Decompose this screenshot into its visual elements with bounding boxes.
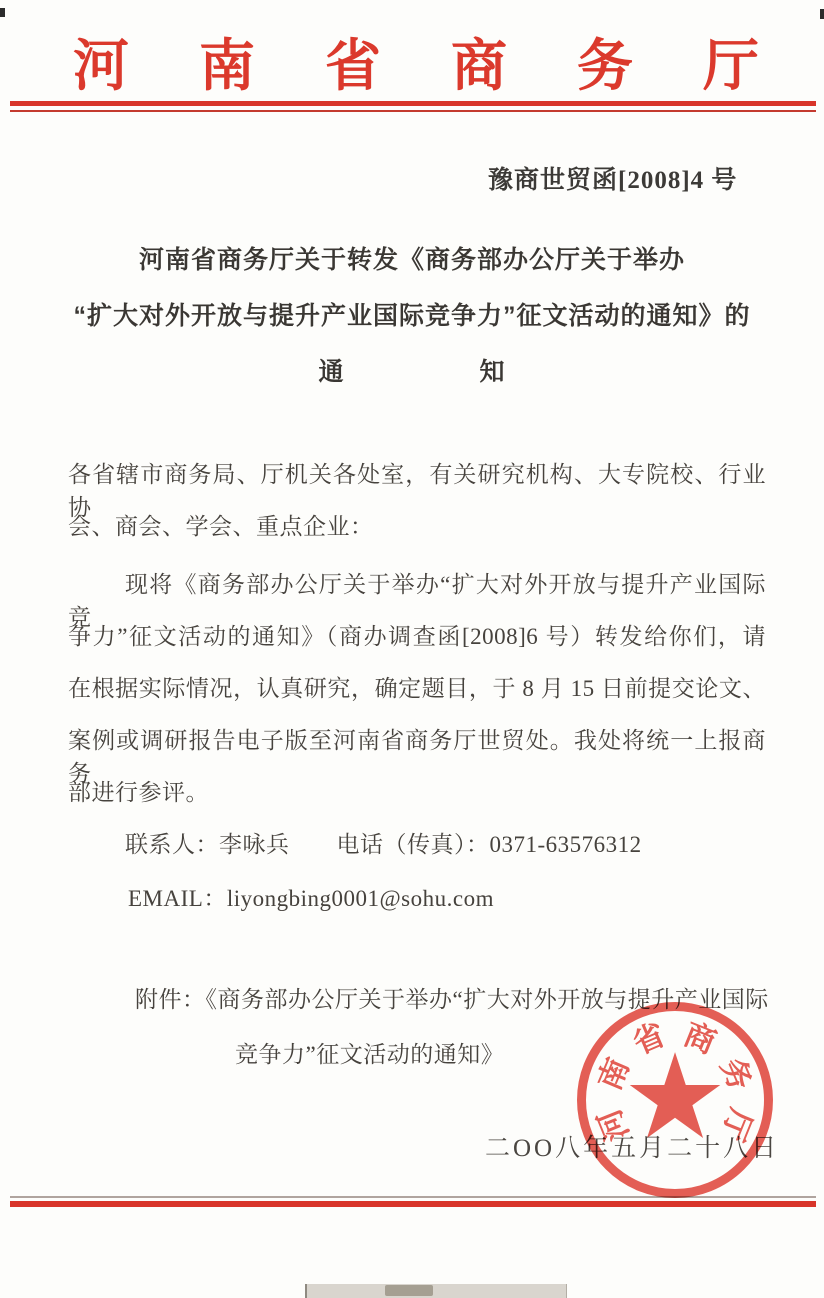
salutation-line-2: 会、商会、学会、重点企业： bbox=[68, 508, 766, 541]
scan-mark-top-right bbox=[820, 9, 824, 19]
letterhead-rule-thin bbox=[10, 110, 816, 112]
title-word-tong: 通 bbox=[318, 358, 344, 386]
contact-line: 联系人：李咏兵电话（传真）：0371-63576312 bbox=[68, 826, 766, 859]
document-title-line-1: 河南省商务厅关于转发《商务部办公厅关于举办 bbox=[0, 240, 824, 276]
footer-rule-thin bbox=[10, 1196, 816, 1198]
title-word-zhi: 知 bbox=[480, 358, 506, 386]
email-line: EMAIL：liyongbing0001@sohu.com bbox=[68, 880, 766, 913]
paragraph-line-2: 争力”征文活动的通知》（商办调查函[2008]6 号）转发给你们，请 bbox=[68, 618, 766, 651]
document-number: 豫商世贸函[2008]4 号 bbox=[488, 160, 737, 196]
scanned-official-letter: 河南省商务厅 豫商世贸函[2008]4 号 河南省商务厅关于转发《商务部办公厅关… bbox=[0, 0, 824, 1298]
document-title-line-2: “扩大对外开放与提升产业国际竞争力”征文活动的通知》的 bbox=[0, 296, 824, 332]
agency-letterhead: 河南省商务厅 bbox=[73, 22, 824, 102]
letterhead-rule-thick bbox=[10, 101, 816, 106]
scan-artifact-bottom-strip bbox=[305, 1284, 567, 1298]
official-seal: ★ 河 南 省 商 务 厅 bbox=[577, 1002, 773, 1198]
email-address: EMAIL：liyongbing0001@sohu.com bbox=[128, 886, 494, 911]
paragraph-line-5: 部进行参评。 bbox=[68, 774, 766, 807]
document-title-line-3: 通知 bbox=[0, 352, 824, 388]
paragraph-line-3: 在根据实际情况，认真研究，确定题目，于 8 月 15 日前提交论文、 bbox=[68, 670, 766, 703]
contact-person: 联系人：李咏兵 bbox=[125, 832, 290, 857]
scan-artifact-smudge bbox=[385, 1285, 433, 1296]
footer-rule-thick bbox=[10, 1201, 816, 1207]
scan-mark-top-left bbox=[0, 8, 5, 17]
contact-phone-fax: 电话（传真）：0371-63576312 bbox=[337, 832, 642, 857]
